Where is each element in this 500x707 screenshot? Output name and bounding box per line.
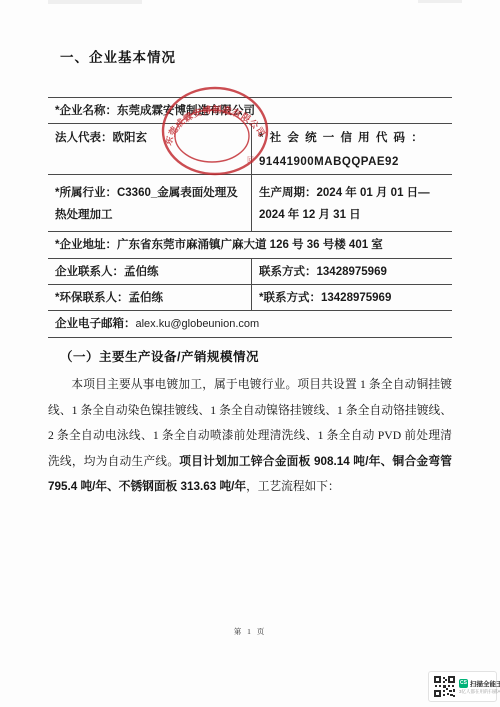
table-row-env-contact: *环保联系人：孟伯练 *联系方式：13428975969	[48, 285, 452, 311]
enterprise-info-table: *企业名称：东莞成霖安博制造有限公司 法人代表：欧阳玄 * 社 会 统 一 信 …	[48, 97, 452, 338]
camscanner-watermark: CS 扫描全能王 3亿人都在用的扫描App	[428, 671, 497, 702]
camscanner-logo-icon: CS	[459, 679, 468, 688]
scanned-document-page: { "page": { "heading": "一、企业基本情况", "foot…	[0, 0, 500, 707]
email-cell: 企业电子邮箱：alex.ku@globeunion.com	[48, 311, 452, 337]
company-name-cell: *企业名称：东莞成霖安博制造有限公司	[48, 98, 452, 123]
page-number: 第 1 页	[0, 626, 500, 637]
table-row-email: 企业电子邮箱：alex.ku@globeunion.com	[48, 311, 452, 338]
table-row-industry-period: *所属行业：C3360_金属表面处理及热处理加工 生产周期：2024 年 01 …	[48, 175, 452, 232]
production-period-cell: 生产周期：2024 年 01 月 01 日—2024 年 12 月 31 日	[252, 175, 452, 231]
env-contact-person-cell: *环保联系人：孟伯练	[48, 285, 252, 310]
credit-code-cell: * 社 会 统 一 信 用 代 码 ： 91441900MABQQPAE92	[252, 124, 452, 174]
scan-artifact	[418, 0, 462, 3]
email-value: alex.ku@globeunion.com	[136, 318, 260, 330]
env-contact-phone-cell: *联系方式：13428975969	[252, 285, 452, 310]
body-paragraph: 本项目主要从事电镀加工，属于电镀行业。项目共设置 1 条全自动铜挂镀线、1 条全…	[48, 372, 452, 500]
document-heading: 一、企业基本情况	[60, 46, 176, 66]
watermark-app-name: 扫描全能王	[470, 679, 500, 688]
email-label: 企业电子邮箱：	[55, 318, 136, 330]
table-row-company-name: *企业名称：东莞成霖安博制造有限公司	[48, 98, 452, 124]
table-row-contact: 企业联系人：孟伯练 联系方式：13428975969	[48, 259, 452, 285]
watermark-tagline: 3亿人都在用的扫描App	[459, 689, 493, 695]
credit-code-value: 91441900MABQQPAE92	[259, 155, 446, 169]
scan-artifact	[48, 0, 142, 4]
table-row-address: *企业地址：广东省东莞市麻涌镇广麻大道 126 号 36 号楼 401 室	[48, 232, 452, 258]
contact-person-cell: 企业联系人：孟伯练	[48, 259, 252, 284]
credit-code-label: * 社 会 统 一 信 用 代 码 ：	[259, 131, 446, 145]
legal-rep-cell: 法人代表：欧阳玄	[48, 124, 252, 174]
paragraph-text-regular-2: ，工艺流程如下：	[246, 480, 340, 493]
industry-cell: *所属行业：C3360_金属表面处理及热处理加工	[48, 175, 252, 231]
contact-phone-cell: 联系方式：13428975969	[252, 259, 452, 284]
qr-code-icon	[433, 675, 456, 698]
section-heading: （一）主要生产设备/产销规模情况	[60, 347, 259, 365]
watermark-text-block: CS 扫描全能王 3亿人都在用的扫描App	[459, 679, 493, 695]
table-row-legal-rep-credit-code: 法人代表：欧阳玄 * 社 会 统 一 信 用 代 码 ： 91441900MAB…	[48, 124, 452, 175]
address-cell: *企业地址：广东省东莞市麻涌镇广麻大道 126 号 36 号楼 401 室	[48, 232, 452, 257]
